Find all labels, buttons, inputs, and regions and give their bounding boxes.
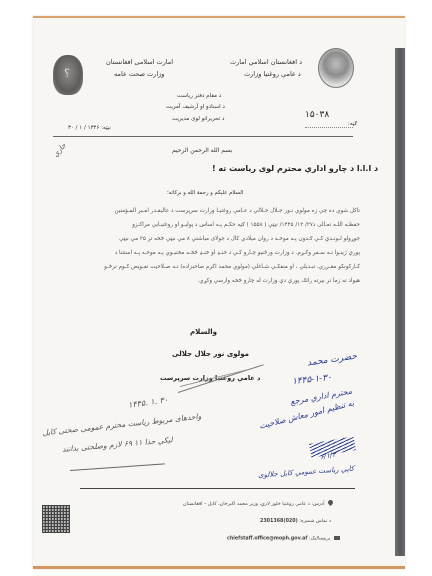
body-line-2: حفظـه اللـه تعـالى د۲۷/ ۱۲/ ۱۴۴۵/ نیټې (… xyxy=(50,222,360,228)
header-center-line1: د مقام دفتر رياست xyxy=(177,93,221,99)
footer-phone: د تماس شمېره: (020)2301368 xyxy=(260,519,331,524)
closing: والسلام xyxy=(190,328,217,336)
header-left-line2: وزارت صحت عامه xyxy=(114,70,164,78)
emirate-emblem-icon xyxy=(318,48,354,88)
footer-email-label: برېښناليک: xyxy=(309,537,330,542)
addressee: د ا.ا.ا د چارو اداري محترم لوی رياست ته … xyxy=(212,164,378,173)
ministry-seal-icon: ؟ xyxy=(53,55,83,95)
header-left-line1: امارت اسلامی افغانستان xyxy=(106,58,173,66)
header-center-line2: د اسنادو او آرشیف آمریت xyxy=(166,104,225,110)
date-value: ۱۳۴۶ / ۱ / ۳۰ xyxy=(68,125,99,131)
footer-phone-label: د تماس شمېره: xyxy=(299,519,331,524)
body-line-5: كـاركونكو مقـرري، تبـديلي ، او منفكـې شـ… xyxy=(50,264,360,270)
header-center-line3: د تحريراتو لوی مديريت xyxy=(172,116,224,122)
header-divider xyxy=(53,136,353,137)
number-dotted-line xyxy=(305,127,353,128)
date-label: نیټه: xyxy=(101,125,111,131)
letter-number-value: ۱۵۰۳۸ xyxy=(305,110,329,120)
header-right-line2: د عامې روغتيا وزارت xyxy=(244,70,301,78)
header-right-line1: د افغانستان اسلامي امارت xyxy=(230,58,302,66)
footer-email: chiefstaff.office@moph.gov.af برېښناليک: xyxy=(227,536,340,542)
footer-address: آدرس: د عامې روغتيا څلور لارې، وزير محمد… xyxy=(183,500,333,507)
footer-divider xyxy=(80,488,355,489)
body-line-1: تاكل شوي ده چې زه مولوي نـور جـلال جـلال… xyxy=(50,208,360,214)
body-line-3: جوړولو لـونـدې كـې ګـدون پـه موخـه د روا… xyxy=(50,236,360,242)
letter-number: ۱۵۰۳۸ xyxy=(305,110,329,120)
greeting: السلام عليكم و رحمة الله و بركاته؛ xyxy=(167,190,243,196)
body-line-4: پورې ژينـوا تـه سـفر وكـړم. د وزارت ورځن… xyxy=(50,250,360,256)
body-line-6: هيواد ته زما تر بيرته راتګ پورې دې وزارت… xyxy=(50,278,360,284)
footer-phone-value: (020)2301368 xyxy=(260,519,298,524)
bismillah: بسم الله الرحمن الرحيم xyxy=(172,147,232,154)
scanner-edge-strip xyxy=(395,48,405,556)
location-pin-icon xyxy=(327,499,334,506)
qr-code xyxy=(42,505,70,533)
mail-icon xyxy=(334,536,340,540)
signatory-name: مولوی نور جلال جلالی xyxy=(172,350,249,358)
footer-email-value[interactable]: chiefstaff.office@moph.gov.af xyxy=(227,537,307,542)
letter-date: نیټه: ۱۳۴۶ / ۱ / ۳۰ xyxy=(68,125,111,131)
footer-address-text: آدرس: د عامې روغتيا څلور لارې، وزير محمد… xyxy=(183,502,325,507)
